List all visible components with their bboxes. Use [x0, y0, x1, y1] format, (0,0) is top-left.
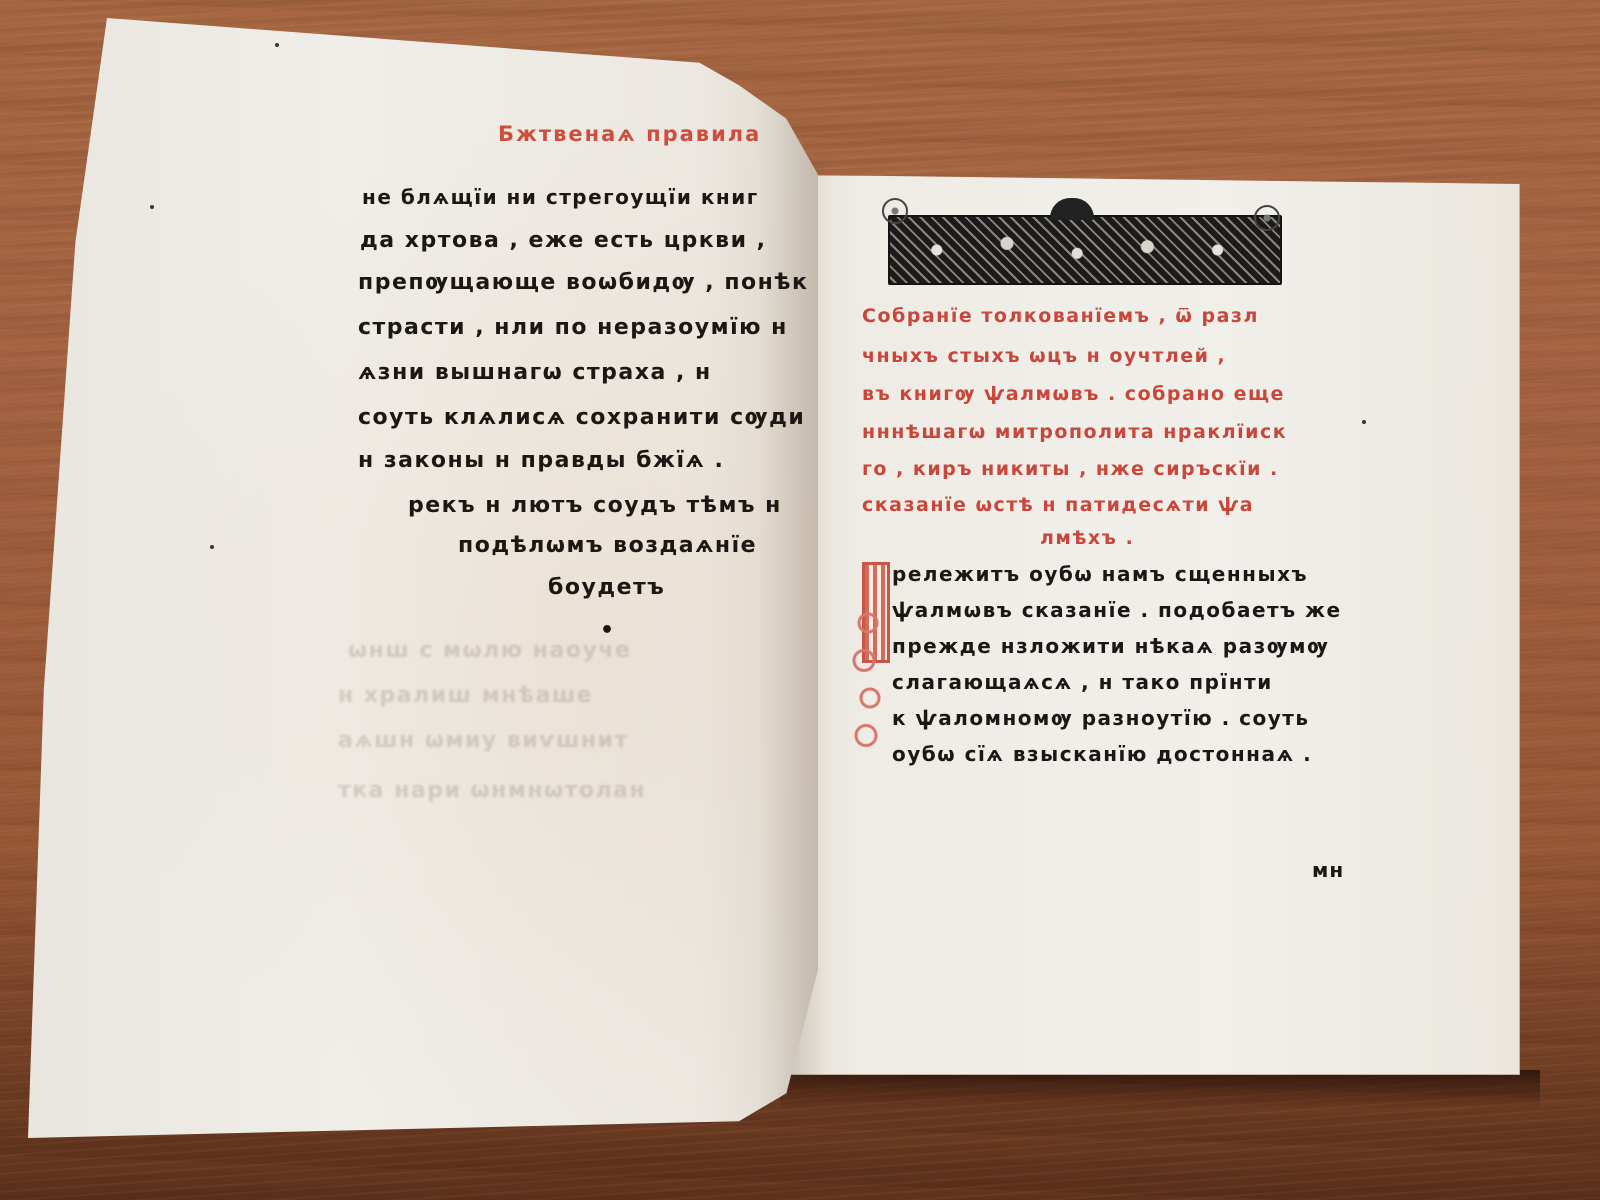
paper-speck	[275, 43, 279, 47]
title-line-2: чныхъ стыхъ ѡцъ н оучтлей ,	[862, 345, 1226, 367]
paper-speck	[210, 545, 214, 549]
show-through-text: аѧшн ѡмиу виѵшнит	[338, 728, 629, 753]
left-line-3: препѹщающе воѡбидѹ , понѣк	[358, 270, 808, 295]
paper-speck	[1362, 420, 1366, 424]
title-line-6: сказанїе ѡстѣ н патидесѧти ѱа	[862, 494, 1254, 516]
left-line-1: не блѧщїи ни стрегоущїи книг	[362, 185, 759, 209]
left-line-7: н законы н правды бжїѧ .	[358, 448, 724, 473]
body-line-4: слагающаѧсѧ , н тако прїнти	[892, 670, 1273, 694]
left-line-9: подѣлѡмъ воздаѧнїе	[458, 533, 757, 558]
folio-number: мн	[1312, 858, 1344, 882]
body-line-5: к ѱаломномѹ разноутїю . соуть	[892, 706, 1310, 730]
title-line-5: го , киръ никиты , нже сиръскїи .	[862, 458, 1279, 480]
floral-headpiece-ornament	[888, 215, 1282, 285]
book-shadow	[780, 1070, 1540, 1110]
left-line-6: соуть клѧлисѧ сохранити сѹди	[358, 405, 805, 430]
paper-speck	[150, 205, 154, 209]
body-line-2: ѱалмѡвъ сказанїе . подобаетъ же	[892, 598, 1342, 622]
initial-vine-ornament	[848, 608, 888, 758]
left-line-2: да хртова , еже есть цркви ,	[360, 228, 767, 253]
left-line-8: рекъ н лютъ соудъ тѣмъ н	[408, 493, 782, 518]
left-line-4: страсти , нли по неразоумїю н	[358, 315, 788, 340]
show-through-text: тка нари ѡнмнѡтолан	[338, 778, 646, 803]
headpiece-right-flourish	[1254, 205, 1280, 231]
show-through-text: ѡнш с мѡлю наоуче	[348, 638, 631, 663]
body-line-3: прежде нзложити нѣкаѧ разѹмѹ	[892, 634, 1329, 658]
left-line-end-mark: •	[600, 618, 616, 643]
body-line-1: рележитъ оубѡ намъ сщенныхъ	[892, 562, 1308, 586]
body-line-6: оубѡ сїѧ взысканїю достоннаѧ .	[892, 742, 1312, 766]
headpiece-left-flourish	[882, 198, 908, 224]
show-through-text: н хралиш мнѣаше	[338, 683, 593, 708]
left-line-10: боудетъ	[548, 575, 665, 600]
running-head: Бжтвенаѧ правила	[498, 122, 761, 146]
title-line-7: лмѣхъ .	[1040, 527, 1134, 549]
left-line-5: ѧзни вышнагѡ страха , н	[358, 360, 712, 385]
title-line-4: нннѣшагѡ митрополита нраклїиск	[862, 421, 1287, 443]
title-line-1: Собранїе толкованїемъ , ѿ разл	[862, 305, 1259, 327]
title-line-3: въ книгѹ ѱалмѡвъ . собрано еще	[862, 383, 1285, 405]
